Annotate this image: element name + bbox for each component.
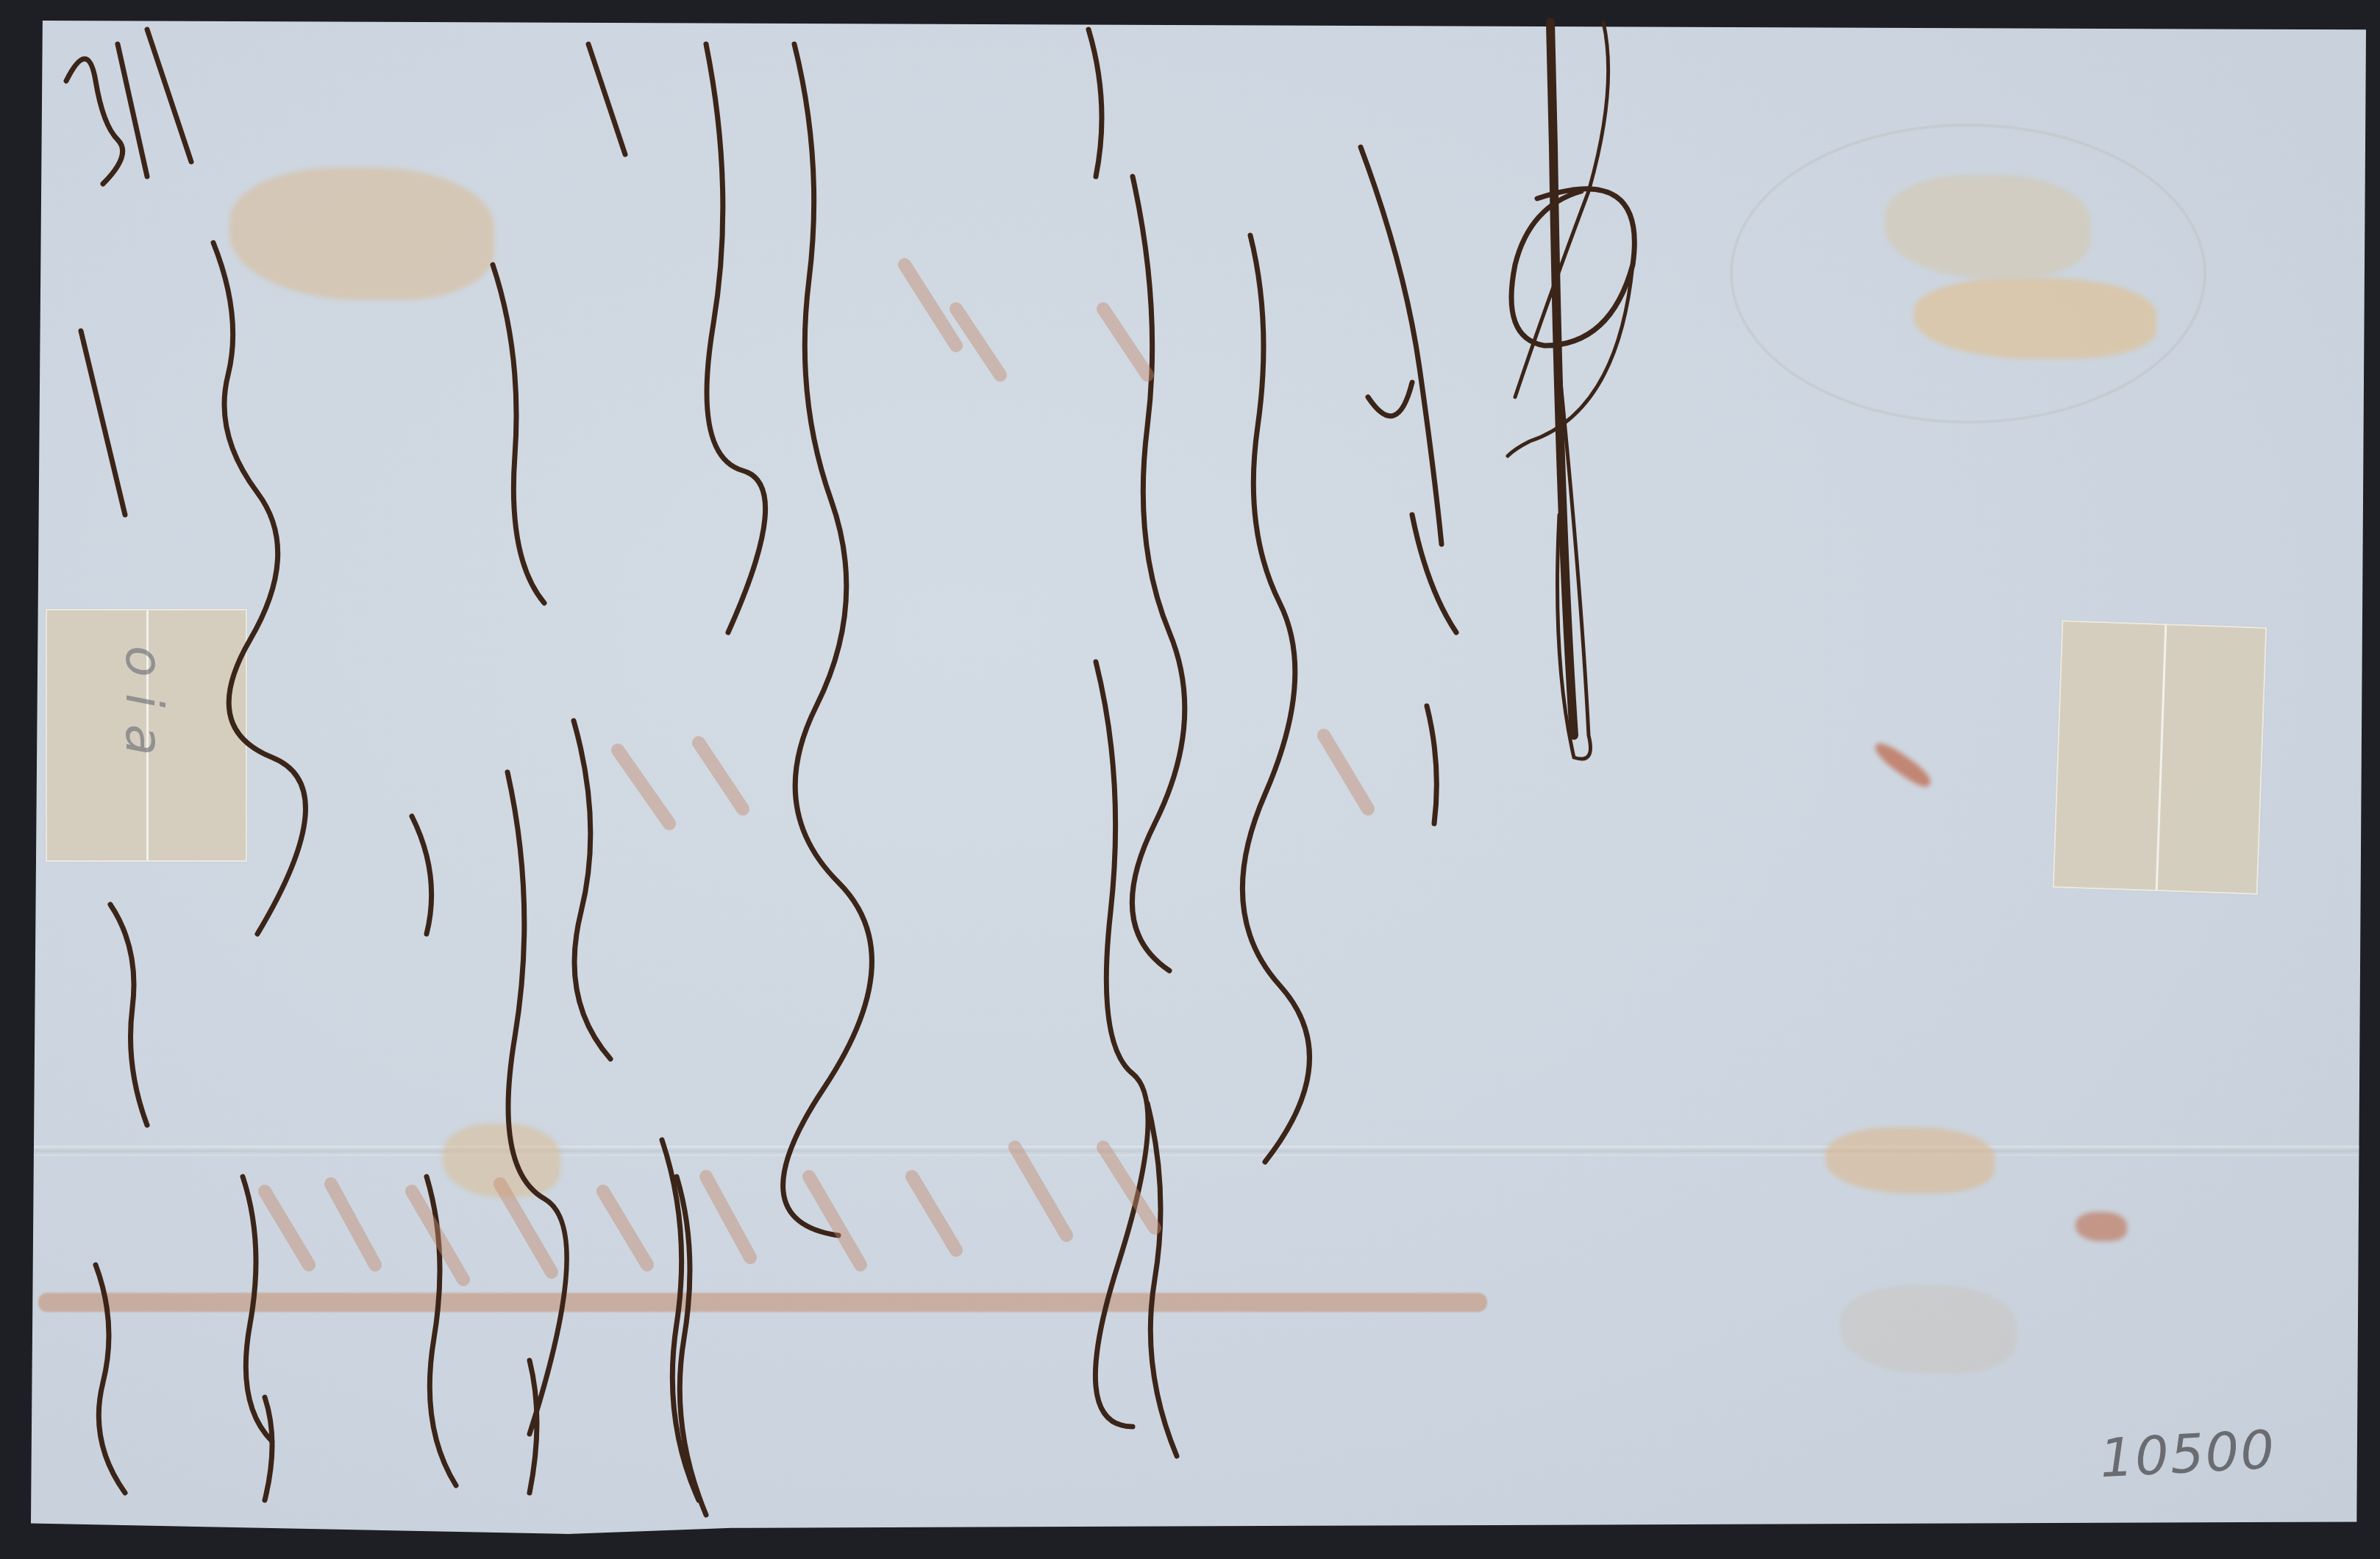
handwriting-strokes (0, 0, 2380, 1559)
pencil-price-notation: 10500 (2098, 1419, 2277, 1489)
